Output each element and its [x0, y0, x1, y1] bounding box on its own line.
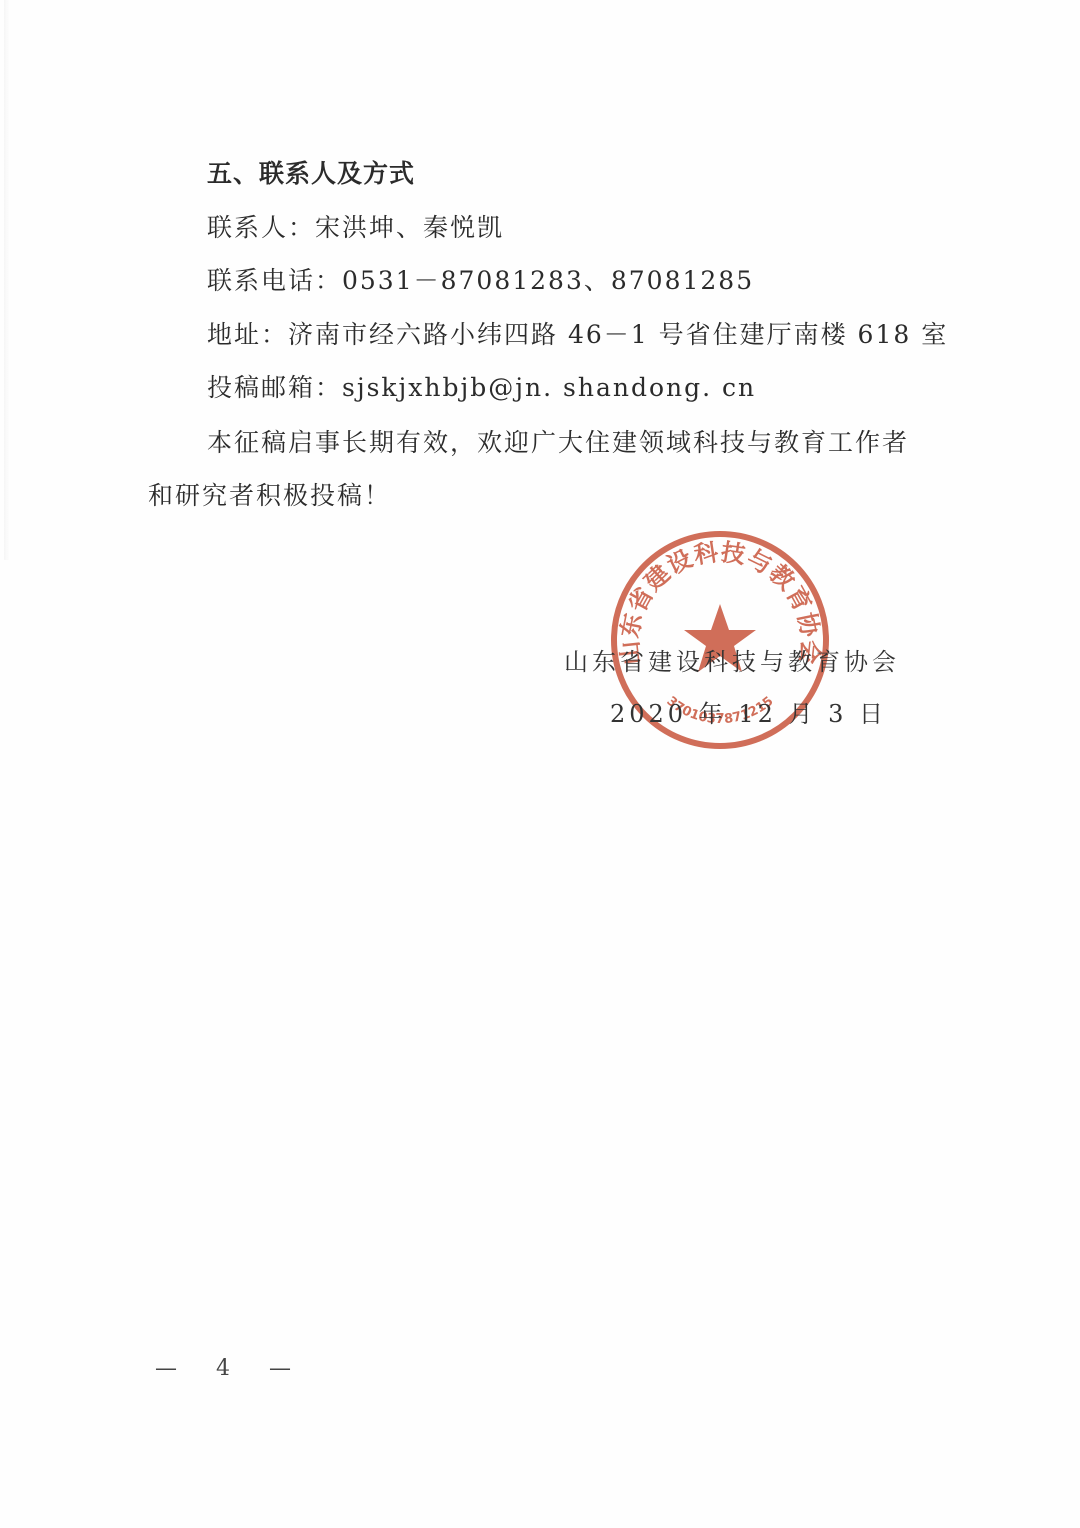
contact-phone: 联系电话：0531－87081283、87081285: [207, 266, 754, 296]
address: 地址：济南市经六路小纬四路 46－1 号省住建厅南楼 618 室: [207, 320, 948, 350]
closing-paragraph-line1: 本征稿启事长期有效，欢迎广大住建领域科技与教育工作者: [207, 428, 909, 458]
closing-paragraph-line2: 和研究者积极投稿！: [148, 481, 391, 511]
signature-organization: 山东省建设科技与教育协会: [564, 642, 900, 677]
submission-email: 投稿邮箱：sjskjxhbjb@jn. shandong. cn: [207, 373, 756, 403]
scan-edge: [4, 0, 10, 560]
section-heading: 五、联系人及方式: [207, 159, 415, 189]
page-number: — 4 —: [155, 1356, 307, 1381]
contact-persons: 联系人：宋洪坤、秦悦凯: [207, 213, 504, 243]
signature-date: 2020 年 12 月 3 日: [610, 694, 887, 729]
document-page: 五、联系人及方式 联系人：宋洪坤、秦悦凯 联系电话：0531－87081283、…: [0, 0, 1080, 1528]
